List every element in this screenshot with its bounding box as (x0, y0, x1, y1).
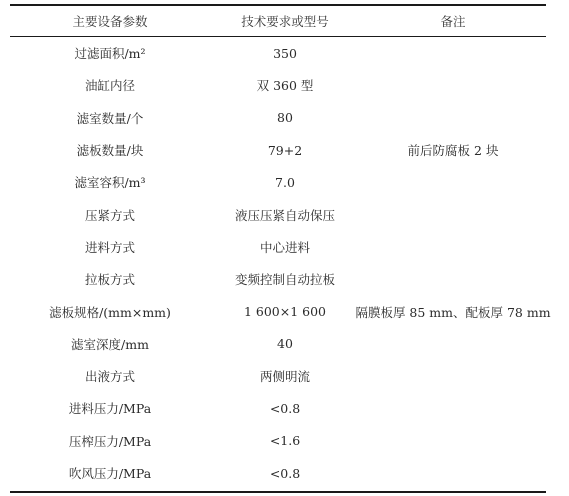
header-remarks: 备注 (360, 12, 546, 30)
param-cell: 滤室容积/m³ (10, 166, 210, 198)
param-cell: 吹风压力/MPa (10, 457, 210, 489)
value-cell: 液压压紧自动保压 (210, 198, 360, 230)
remark-cell-anticorrosion-plates: 前后防腐板 2 块 (360, 134, 546, 166)
table-body: 过滤面积/m² 350 油缸内径 双 360 型 滤室数量/个 80 滤板数量/… (10, 37, 546, 489)
value-cell: 40 (210, 328, 360, 360)
value-cell: 80 (210, 102, 360, 134)
param-cell: 出液方式 (10, 360, 210, 392)
value-cell: 双 360 型 (210, 69, 360, 101)
value-cell: <1.6 (210, 425, 360, 457)
table-bottom-rule (10, 491, 546, 493)
param-cell: 压紧方式 (10, 198, 210, 230)
param-cell: 拉板方式 (10, 263, 210, 295)
param-cell: 滤室数量/个 (10, 102, 210, 134)
value-cell: <0.8 (210, 392, 360, 424)
param-cell: 滤板数量/块 (10, 134, 210, 166)
param-cell: 油缸内径 (10, 69, 210, 101)
value-cell: 7.0 (210, 166, 360, 198)
value-cell: 350 (210, 37, 360, 69)
value-cell: 中心进料 (210, 231, 360, 263)
param-cell: 压榨压力/MPa (10, 425, 210, 457)
table-header-row: 主要设备参数 技术要求或型号 备注 (10, 6, 546, 36)
param-cell: 进料方式 (10, 231, 210, 263)
param-cell: 滤板规格/(mm×mm) (10, 295, 210, 327)
param-cell: 过滤面积/m² (10, 37, 210, 69)
value-cell: 1 600×1 600 (210, 295, 360, 327)
header-parameter: 主要设备参数 (10, 12, 210, 30)
value-cell: 变频控制自动拉板 (210, 263, 360, 295)
equipment-parameter-table: 主要设备参数 技术要求或型号 备注 过滤面积/m² 350 油缸内径 双 360… (10, 4, 546, 493)
value-cell: 79+2 (210, 134, 360, 166)
param-cell: 滤室深度/mm (10, 328, 210, 360)
remark-cell-plate-thickness: 隔膜板厚 85 mm、配板厚 78 mm (360, 295, 546, 327)
param-cell: 进料压力/MPa (10, 392, 210, 424)
value-cell: 两侧明流 (210, 360, 360, 392)
header-spec: 技术要求或型号 (210, 12, 360, 30)
value-cell: <0.8 (210, 457, 360, 489)
